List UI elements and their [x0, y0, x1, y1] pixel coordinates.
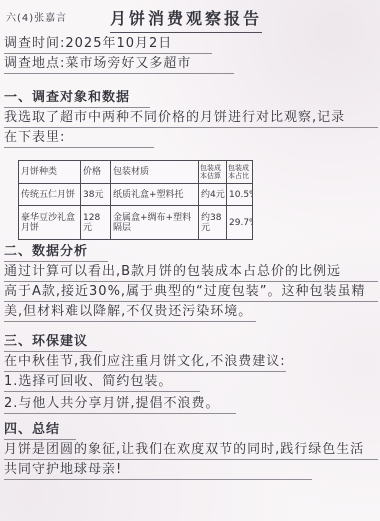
col-header-type: 月饼种类 — [19, 161, 81, 184]
cell-type: 豪华豆沙礼盒月饼 — [19, 206, 81, 240]
cell-price: 128元 — [81, 206, 111, 240]
cell-price: 38元 — [81, 184, 111, 206]
section1-intro-line2: 在下表里: — [4, 130, 154, 148]
cell-cost: 约4元 — [199, 184, 227, 206]
cell-cost: 约38元 — [199, 206, 227, 240]
eco-item-1: 1.选择可回收、简约包装。 — [4, 374, 200, 392]
handwritten-report-page: 六(4)张嘉言 月饼消费观察报告 调查时间:2025年10月2日 调查地点:菜市… — [0, 0, 380, 521]
cell-ratio: 29.7% — [227, 206, 253, 240]
student-name: 六(4)张嘉言 — [6, 9, 67, 24]
survey-place-line: 调查地点:菜市场旁好又多超市 — [4, 56, 234, 74]
eco-intro-line: 在中秋佳节,我们应注重月饼文化,不浪费建议: — [4, 354, 286, 372]
page-title: 月饼消费观察报告 — [110, 6, 262, 33]
col-header-cost-ratio: 包装成本占比 — [227, 161, 253, 184]
section3-heading: 三、环保建议 — [4, 334, 102, 352]
table-row-luxury: 豪华豆沙礼盒月饼 128元 金属盒+绸布+塑料隔层 约38元 29.7% — [19, 206, 253, 240]
analysis-line-2: 高于A款,接近30%,属于典型的“过度包装”。这种包装虽精 — [4, 284, 378, 302]
cell-ratio: 10.5% — [227, 184, 253, 206]
section2-heading: 二、数据分析 — [4, 244, 108, 262]
section4-heading: 四、总结 — [4, 422, 76, 440]
analysis-line-1: 通过计算可以看出,B款月饼的包装成本占总价的比例远 — [4, 264, 378, 282]
mooncake-comparison-table: 月饼种类 价格 包装材质 包装成本估算 包装成本占比 传统五仁月饼 38元 纸质… — [18, 160, 253, 240]
cell-type: 传统五仁月饼 — [19, 184, 81, 206]
eco-item-2: 2.与他人共分享月饼,提倡不浪费。 — [4, 396, 236, 414]
summary-line-1: 月饼是团圆的象征,让我们在欢度双节的同时,践行绿色生活 — [4, 442, 378, 460]
section1-intro-line1: 我选取了超市中两种不同价格的月饼进行对比观察,记录 — [4, 110, 378, 128]
survey-time-line: 调查时间:2025年10月2日 — [4, 36, 212, 54]
table-header-row: 月饼种类 价格 包装材质 包装成本估算 包装成本占比 — [19, 161, 253, 184]
section1-heading: 一、调查对象和数据 — [4, 90, 150, 108]
table-row-traditional: 传统五仁月饼 38元 纸质礼盒+塑料托 约4元 10.5% — [19, 184, 253, 206]
col-header-material: 包装材质 — [111, 161, 199, 184]
analysis-line-3: 美,但材料难以降解,不仅贵还污染环境。 — [4, 304, 256, 322]
summary-line-2: 共同守护地球母亲! — [4, 462, 312, 480]
col-header-price: 价格 — [81, 161, 111, 184]
cell-material: 纸质礼盒+塑料托 — [111, 184, 199, 206]
cell-material: 金属盒+绸布+塑料隔层 — [111, 206, 199, 240]
report-header: 六(4)张嘉言 月饼消费观察报告 — [4, 6, 380, 36]
col-header-cost-estimate: 包装成本估算 — [199, 161, 227, 184]
